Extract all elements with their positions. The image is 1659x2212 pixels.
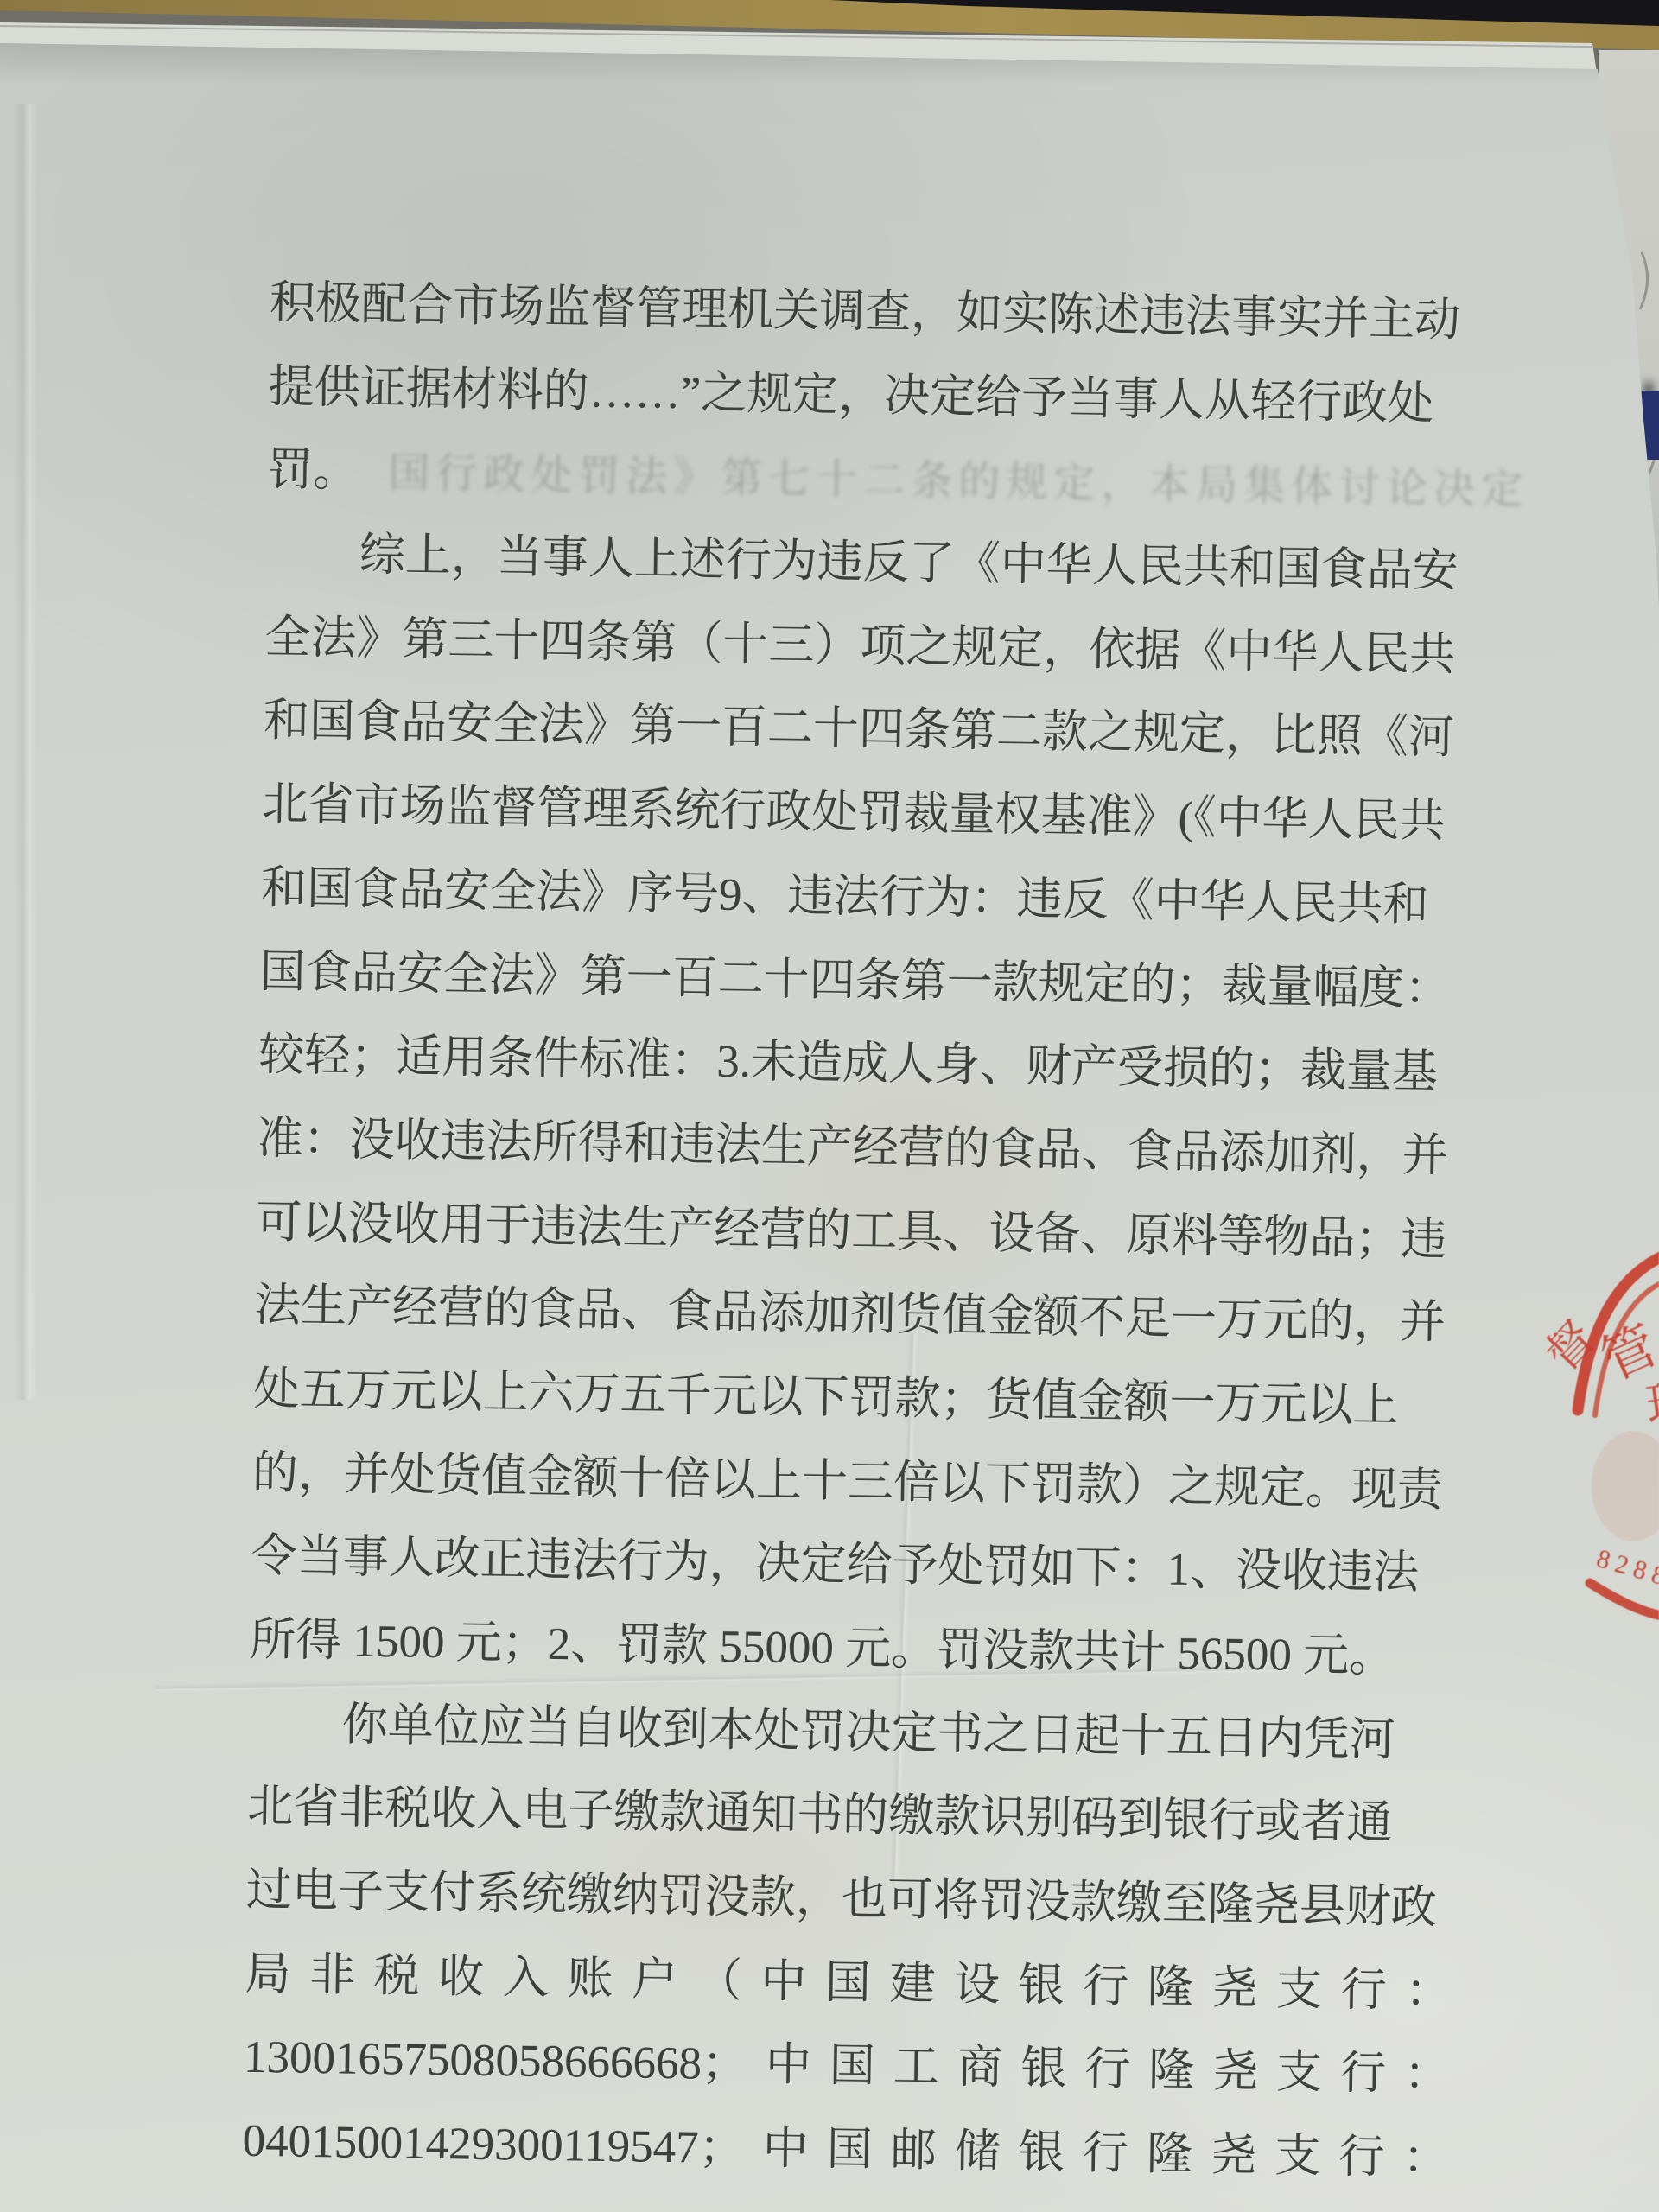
document-page: 积极配合市场监督管理机关调查，如实陈述违法事实并主动提供证据材料的……”之规定，… — [0, 0, 1659, 2212]
text-line-content: 04015001429300119547；中国邮储银行隆尧支行： — [242, 2116, 1449, 2184]
photographed-document-scene: 积极配合市场监督管理机关调查，如实陈述违法事实并主动提供证据材料的……”之规定，… — [0, 0, 1659, 2212]
seal-character: 理 — [1643, 1372, 1659, 1434]
text-line-content: 北省非税收入电子缴款通知书的缴款识别码到银行或者通 — [247, 1782, 1393, 1849]
text-line-content: 令当事人改正违法行为，决定给予处罚如下：1、没收违法 — [251, 1531, 1419, 1599]
text-line-content: 北省市场监督管理系统行政处罚裁量权基准》(《中华人民共 — [262, 779, 1446, 847]
text-line-content: 所得 1500 元；2、罚款 55000 元。罚没款共计 56500 元。 — [250, 1615, 1395, 1682]
text-line-content: 罚。 — [267, 445, 359, 497]
text-line-content: 的，并处货值金额十倍以上十三倍以下罚款）之规定。现责 — [252, 1447, 1444, 1515]
text-line-content: 和国食品安全法》序号9、违法行为：违反《中华人民共和 — [261, 863, 1429, 931]
seal-faded-center — [1592, 1431, 1659, 1541]
text-line-content: 提供证据材料的……”之规定，决定给予当事人从轻行政处 — [268, 362, 1433, 429]
seal-bottom-arc — [1590, 1583, 1659, 1616]
text-line-content: 法生产经营的食品、食品添加剂货值金额不足一万元的，并 — [255, 1281, 1446, 1348]
seal-character: 督 — [1535, 1312, 1605, 1382]
text-line-content: 可以没收用于违法生产经营的工具、设备、原料等物品；违 — [256, 1197, 1447, 1264]
text-line-content: 过电子支付系统缴纳罚没款，也可将罚没款缴至隆尧县财政 — [246, 1866, 1438, 1933]
bleedthrough-ghost-text: 国行政处罚法》第七十二条的规定，本局集体讨论决定 — [388, 450, 1529, 513]
text-line-content: 较轻；适用条件标准：3.未造成人身、财产受损的；裁量基 — [258, 1030, 1438, 1097]
text-line-content: 你单位应当自收到本处罚决定书之日起十五日内凭河 — [341, 1700, 1395, 1765]
text-line: 04015001429300119547；中国邮储银行隆尧支行： — [242, 2100, 1449, 2201]
text-line-content: 综上，当事人上述行为违反了《中华人民共和国食品安 — [359, 531, 1459, 597]
text-line-content: 准：没收违法所得和违法生产经营的食品、食品添加剂，并 — [257, 1114, 1449, 1181]
seal-serial-digits: 8288 — [1593, 1544, 1659, 1592]
text-line-content: 积极配合市场监督管理机关调查，如实陈述违法事实并主动 — [270, 278, 1461, 346]
document-text: 积极配合市场监督管理机关调查，如实陈述违法事实并主动提供证据材料的……”之规定，… — [242, 262, 1477, 2201]
text-line-content: 国食品安全法》第一百二十四条第一款规定的；裁量幅度： — [259, 946, 1451, 1014]
text-line-content: 13001657508058666668；中国工商银行隆尧支行： — [244, 2032, 1451, 2101]
official-seal-stamp: 督 管 理 8288 — [1512, 1227, 1659, 1642]
text-line-content: 处五万元以上六万五千元以下罚款；货值金额一万元以上 — [253, 1364, 1399, 1432]
text-line-content: 局非税收入账户（中国建设银行隆尧支行： — [245, 1949, 1452, 2018]
text-line-content: 和国食品安全法》第一百二十四条第二款之规定，比照《河 — [264, 696, 1455, 763]
page-curl-shading — [14, 104, 36, 1400]
text-line-content: 全法》第三十四条第（十三）项之规定，依据《中华人民共 — [264, 613, 1456, 680]
